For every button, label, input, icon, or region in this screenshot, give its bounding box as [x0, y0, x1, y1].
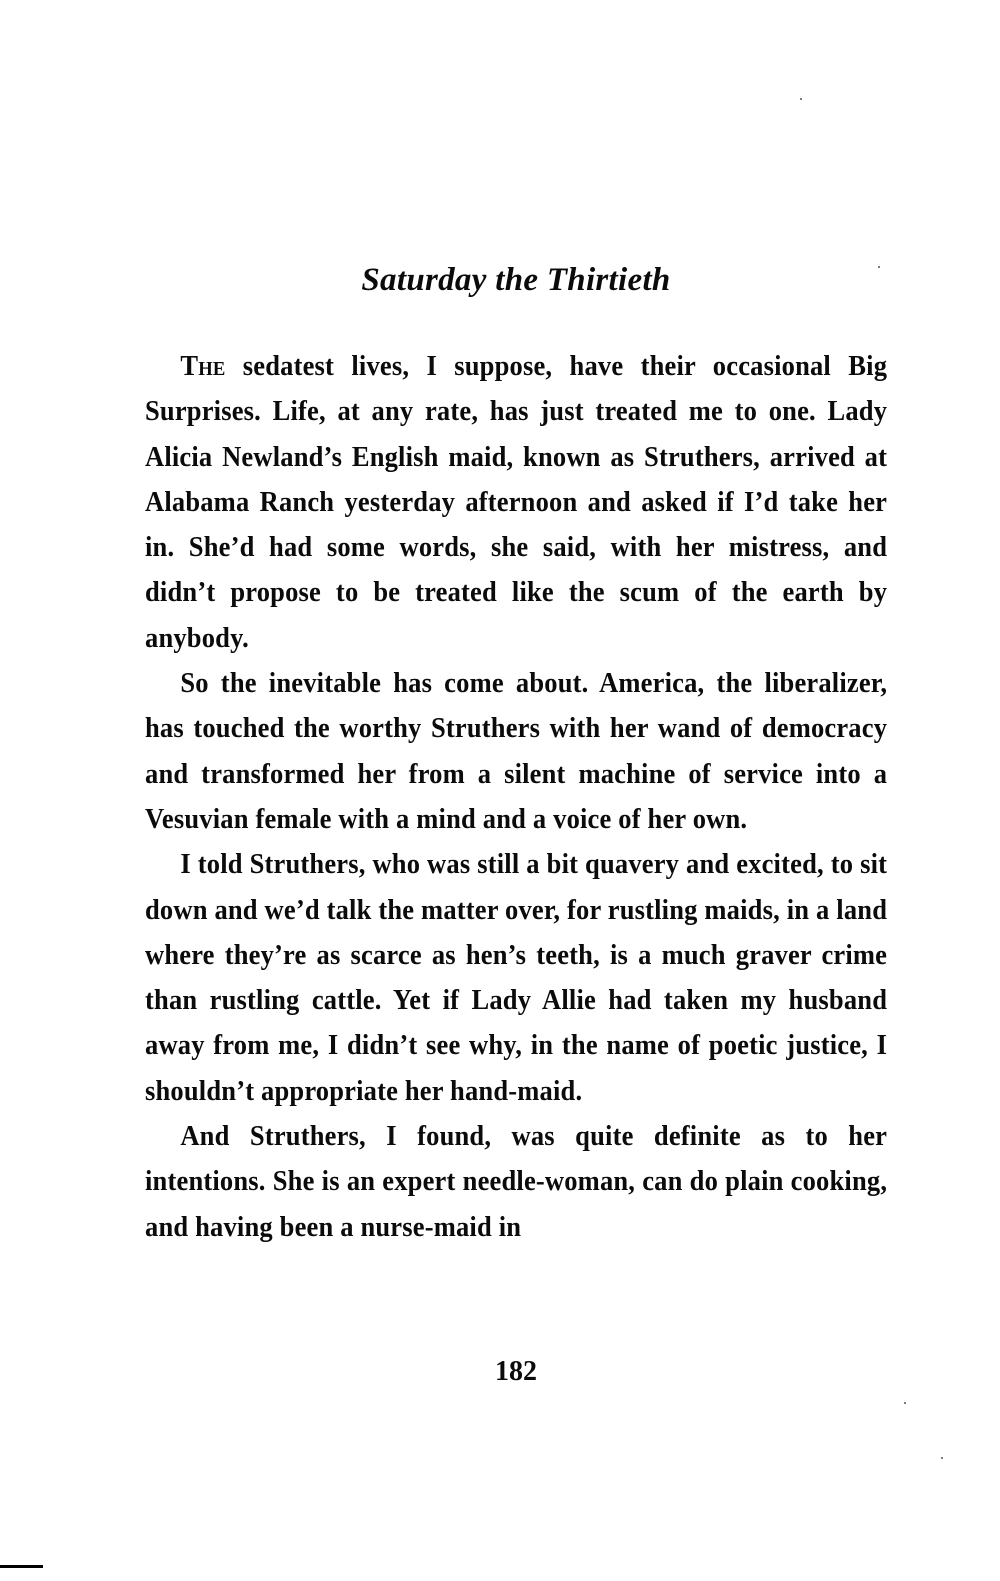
- body-text: The sedatest lives, I suppose, have thei…: [145, 344, 887, 1250]
- chapter-title: Saturday the Thirtieth: [145, 262, 887, 299]
- page-number: 182: [145, 1356, 887, 1388]
- scan-speck: [941, 1457, 943, 1459]
- paragraph-4: And Struthers, I found, was quite defini…: [145, 1114, 887, 1250]
- paragraph-1-text: sedatest lives, I suppose, have their oc…: [145, 351, 887, 654]
- paragraph-3: I told Struthers, who was still a bit qu…: [145, 842, 887, 1114]
- scan-edge-mark: [0, 1565, 43, 1568]
- paragraph-2: So the inevitable has come about. Americ…: [145, 661, 887, 842]
- scan-speck: [878, 266, 880, 268]
- lead-word: The: [180, 351, 225, 382]
- scan-speck: [904, 1402, 906, 1404]
- paragraph-1: The sedatest lives, I suppose, have thei…: [145, 344, 887, 661]
- scan-speck: [800, 98, 802, 100]
